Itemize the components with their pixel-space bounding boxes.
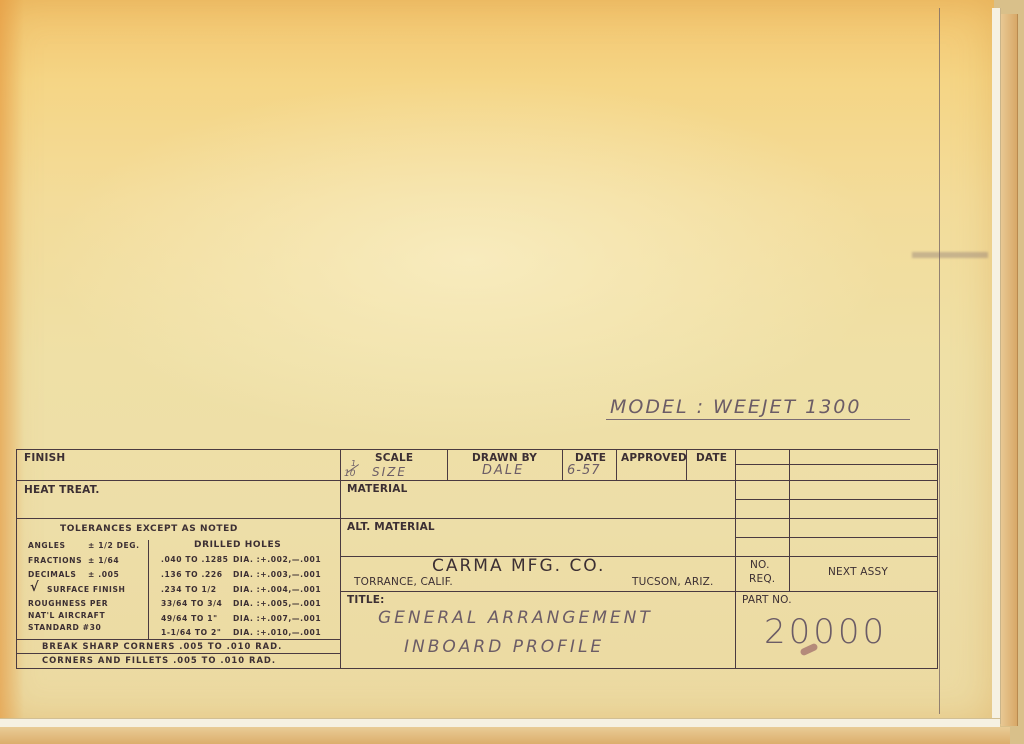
drawn-by-value: DALE xyxy=(482,463,524,478)
divider xyxy=(16,480,340,481)
divider xyxy=(447,449,448,480)
tolerances-heading: TOLERANCES EXCEPT AS NOTED xyxy=(60,524,238,534)
company-location-left: TORRANCE, CALIF. xyxy=(354,576,453,588)
divider xyxy=(340,449,341,669)
fractions-value: ± 1/64 xyxy=(88,556,119,565)
next-assy-label: NEXT ASSY xyxy=(828,566,888,578)
title-line2: INBOARD PROFILE xyxy=(404,637,604,657)
divider xyxy=(340,591,735,592)
page-edge-back xyxy=(1001,14,1018,726)
company-name: CARMA MFG. CO. xyxy=(432,556,605,576)
corners-fillets-note: CORNERS AND FILLETS .005 TO .010 RAD. xyxy=(42,655,276,665)
angles-value: ± 1/2 DEG. xyxy=(88,541,140,550)
roughness-line2: NAT'L AIRCRAFT xyxy=(28,611,105,620)
scale-size-text: SIZE xyxy=(372,465,407,479)
approved-date-label: DATE xyxy=(696,452,727,464)
hole-range: .040 TO .1285 xyxy=(161,555,228,564)
hole-tolerance: DIA. :+.005,—.001 xyxy=(233,599,321,608)
heat-treat-label: HEAT TREAT. xyxy=(24,484,100,496)
page-edge-bottom xyxy=(0,718,1000,727)
surface-finish-icon: √ xyxy=(30,580,39,595)
part-no-value: 20000 xyxy=(764,612,887,652)
hole-tolerance: DIA. :+.002,—.001 xyxy=(233,555,321,564)
hole-range: .136 TO .226 xyxy=(161,570,223,579)
scale-fraction-denominator: 10 xyxy=(344,469,355,479)
drilled-holes-heading: DRILLED HOLES xyxy=(194,540,281,550)
hole-tolerance: DIA. :+.004,—.001 xyxy=(233,585,321,594)
roughness-line3: STANDARD #30 xyxy=(28,623,101,632)
date-value: 6-57 xyxy=(567,463,601,478)
part-no-label: PART NO. xyxy=(742,594,792,606)
divider xyxy=(562,449,563,480)
drawing-border-line xyxy=(939,8,940,714)
divider xyxy=(735,518,938,519)
divider xyxy=(735,449,736,669)
divider xyxy=(735,556,938,557)
hole-tolerance: DIA. :+.010,—.001 xyxy=(233,628,321,637)
divider xyxy=(340,480,735,481)
finish-label: FINISH xyxy=(24,452,65,464)
no-req-label-line2: REQ. xyxy=(749,573,775,585)
hole-range: 1-1/64 TO 2" xyxy=(161,628,221,637)
divider xyxy=(789,449,790,591)
roughness-line1: ROUGHNESS PER xyxy=(28,599,108,608)
divider xyxy=(735,464,938,465)
material-label: MATERIAL xyxy=(347,483,408,495)
divider xyxy=(16,518,340,519)
approved-label: APPROVED xyxy=(621,452,687,464)
title-label: TITLE: xyxy=(347,594,385,606)
page-edge xyxy=(992,8,1001,724)
fractions-label: FRACTIONS xyxy=(28,556,82,565)
alt-material-label: ALT. MATERIAL xyxy=(347,521,435,533)
hole-range: 49/64 TO 1" xyxy=(161,614,218,623)
model-label: MODEL : WEEJET 1300 xyxy=(606,396,910,420)
hole-range: 33/64 TO 3/4 xyxy=(161,599,222,608)
divider xyxy=(16,653,340,654)
hole-tolerance: DIA. :+.007,—.001 xyxy=(233,614,321,623)
company-location-right: TUCSON, ARIZ. xyxy=(632,576,714,588)
no-req-label-line1: NO. xyxy=(750,559,770,571)
hole-range: .234 TO 1/2 xyxy=(161,585,217,594)
divider xyxy=(16,639,340,640)
divider xyxy=(735,537,938,538)
page-edge-bottom-back xyxy=(0,727,1010,744)
smudge-mark xyxy=(912,252,988,258)
hole-tolerance: DIA. :+.003,—.001 xyxy=(233,570,321,579)
decimals-label: DECIMALS xyxy=(28,570,76,579)
surface-finish-label: SURFACE FINISH xyxy=(47,585,126,594)
divider xyxy=(735,591,938,592)
divider xyxy=(735,499,938,500)
decimals-value: ± .005 xyxy=(88,570,119,579)
scale-label: SCALE xyxy=(375,452,413,464)
angles-label: ANGLES xyxy=(28,541,66,550)
divider xyxy=(148,540,149,639)
divider xyxy=(616,449,617,480)
break-sharp-corners-note: BREAK SHARP CORNERS .005 TO .010 RAD. xyxy=(42,641,282,651)
title-line1: GENERAL ARRANGEMENT xyxy=(378,608,653,628)
divider xyxy=(735,480,938,481)
divider xyxy=(340,518,735,519)
